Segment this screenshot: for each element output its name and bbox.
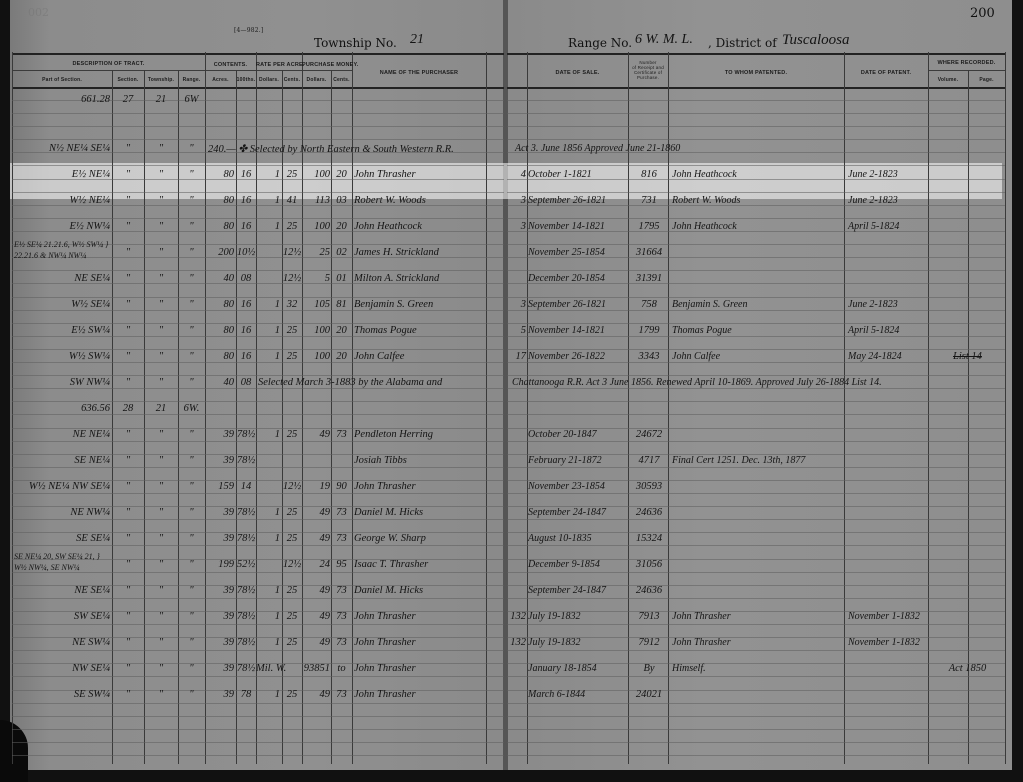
col-line [527,52,528,764]
cell-part: SE NE¼ [14,455,110,466]
cell-range: " [178,247,205,258]
cell-range: " [178,611,205,622]
header-where-recorded: WHERE RECORDED. [928,60,1005,66]
cell-date-of-sale: January 18-1854 [528,663,628,674]
cell-part: SW SE¼ [14,611,110,622]
cell-receipt: 1795 [630,221,668,232]
cell-township: 21 [144,403,178,414]
cell-range: " [178,455,205,466]
cell-section: " [112,247,144,258]
cell-acres: 39 [205,429,234,440]
ruled-line [507,755,1005,756]
cell-sale-prefix: 132 [510,637,526,648]
cell-hundredths: 16 [236,169,256,180]
ruled-line [507,676,1005,677]
cell-spanning-note-left: Selected March 3-1883 by the Alabama and [258,377,442,388]
cell-rate-d: 1 [256,533,280,544]
cell-township: " [144,247,178,258]
cell-part: E½ SE¼ 21.21.6, W½ SW¼ }22.21.6 & NW¼ NW… [14,239,114,261]
cell-rate-d: 1 [256,507,280,518]
cell-sale-prefix: 3 [510,195,526,206]
cell-sale-prefix: 17 [510,351,526,362]
cell-rate-c: 25 [282,351,302,362]
township-label: Township No. [314,36,397,50]
cell-patentee: Final Cert 1251. Dec. 13th, 1877 [672,455,842,466]
range-value: 6 W. M. L. [635,32,693,48]
cell-section: " [112,195,144,206]
range-label: Range No. [568,36,632,50]
cell-range: " [178,559,205,570]
cell-money-c: 01 [331,273,352,284]
cell-patentee: Thomas Pogue [672,325,842,336]
cell-volume: List 14 [930,351,1005,362]
cell-acres: 39 [205,663,234,674]
cell-section: 28 [112,403,144,414]
cell-range: " [178,637,205,648]
cell-section: " [112,377,144,388]
cell-name: Daniel M. Hicks [354,585,494,596]
cell-hundredths: 78½ [236,637,256,648]
ruled-line [12,388,504,389]
cell-hundredths: 78½ [236,429,256,440]
ruled-line [507,113,1005,114]
cell-receipt: 24636 [630,585,668,596]
cell-receipt: 15324 [630,533,668,544]
cell-money-d: 100 [302,351,330,362]
cell-range: 6W. [178,403,205,414]
district-value: Tuscaloosa [782,32,850,49]
cell-hundredths: 08 [236,273,256,284]
ruled-line [12,375,504,376]
cell-part: SE SE¼ [14,533,110,544]
cell-rate-c: 25 [282,325,302,336]
cell-section: " [112,143,144,154]
header-date-of-sale: DATE OF SALE. [527,70,628,76]
cell-hundredths: 16 [236,299,256,310]
cell-date-of-sale: December 9-1854 [528,559,628,570]
cell-part: W½ NE¼ NW SE¼ [14,481,110,492]
cell-volume: Act 1850 [930,663,1005,674]
cell-name: George W. Sharp [354,533,494,544]
subheader-rule-left [12,70,352,71]
cell-hundredths: 78½ [236,533,256,544]
ruled-line [507,414,1005,415]
cell-name: Thomas Pogue [354,325,494,336]
cell-rate-c: 25 [282,221,302,232]
cell-township: " [144,143,178,154]
cell-section: " [112,169,144,180]
cell-receipt: 1799 [630,325,668,336]
cell-part: E½ SW¼ [14,325,110,336]
cell-money-d: 105 [302,299,330,310]
cell-spanning-note-right: Chattanooga R.R. Act 3 June 1856. Renewe… [512,377,882,388]
ruled-line [507,388,1005,389]
cell-rate-c: 32 [282,299,302,310]
cell-rate-c: 25 [282,689,302,700]
header-bottom-rule-right [507,87,1005,89]
cell-spanning-note-right: Act 3. June 1856 Approved June 21-1860 [515,143,680,154]
cell-part: W½ SE¼ [14,299,110,310]
cell-date-of-sale: February 21-1872 [528,455,628,466]
cell-rate-c: 25 [282,507,302,518]
cell-section: " [112,429,144,440]
cell-money-d: 93851 [302,663,330,674]
col-line [205,52,206,764]
col-line [12,52,13,764]
header-top-rule-left [12,53,504,55]
header-date-of-patent: DATE OF PATENT. [844,70,928,76]
cell-name: John Thrasher [354,169,494,180]
cell-hundredths: 10½ [236,247,256,258]
cell-rate-d: 1 [256,637,280,648]
cell-section: " [112,273,144,284]
ruled-line [507,126,1005,127]
cell-part: W½ SW¼ [14,351,110,362]
ruled-line [507,336,1005,337]
cell-hundredths: 78½ [236,507,256,518]
cell-rate-c: 12½ [282,273,302,284]
ruled-line [507,192,1005,193]
cell-name: John Thrasher [354,663,494,674]
ruled-line [507,297,1005,298]
cell-money-c: 20 [331,169,352,180]
cell-money-d: 19 [302,481,330,492]
cell-part: NE SE¼ [14,273,110,284]
cell-money-d: 5 [302,273,330,284]
cell-part: W½ NE¼ [14,195,110,206]
cell-money-c: 20 [331,221,352,232]
cell-part: 636.56 [14,403,110,414]
cell-rate-d: 1 [256,299,280,310]
cell-township: " [144,637,178,648]
cell-money-d: 49 [302,585,330,596]
ruled-line [507,323,1005,324]
cell-date-of-patent: November 1-1832 [848,637,928,648]
cell-acres: 80 [205,325,234,336]
cell-name: Daniel M. Hicks [354,507,494,518]
col-line [928,52,929,764]
header-money-cents: Cents. [331,77,352,83]
ruled-line [12,362,504,363]
cell-rate-d: 1 [256,611,280,622]
header-top-rule-right [507,53,1005,55]
ruled-line [12,126,504,127]
cell-name: John Thrasher [354,481,494,492]
cell-sale-prefix: 5 [510,325,526,336]
cell-name: Isaac T. Thrasher [354,559,494,570]
cell-range: " [178,429,205,440]
ruled-line [12,297,504,298]
cell-patentee: John Thrasher [672,637,842,648]
cell-money-c: 03 [331,195,352,206]
cell-receipt: 31391 [630,273,668,284]
cell-range: " [178,377,205,388]
cell-range: " [178,195,205,206]
ruled-line [507,270,1005,271]
cell-name: Benjamin S. Green [354,299,494,310]
cell-receipt: 31664 [630,247,668,258]
cell-section: " [112,559,144,570]
cell-township: " [144,585,178,596]
cell-money-c: 02 [331,247,352,258]
col-line [256,52,257,764]
ruled-line [12,165,504,166]
cell-money-d: 24 [302,559,330,570]
cell-rate-c: 12½ [282,559,302,570]
cell-money-d: 49 [302,689,330,700]
cell-section: " [112,663,144,674]
cell-range: " [178,351,205,362]
ruled-line [507,703,1005,704]
ruled-line [507,729,1005,730]
cell-acres: 39 [205,455,234,466]
cell-township: " [144,351,178,362]
ruled-line [12,218,504,219]
cell-section: " [112,689,144,700]
cell-date-of-sale: November 26-1822 [528,351,628,362]
cell-part: E½ NW¼ [14,221,110,232]
ruled-line [507,572,1005,573]
col-line [628,52,629,764]
cell-name: Milton A. Strickland [354,273,494,284]
cell-acres: 39 [205,689,234,700]
district-label: , District of [708,36,777,50]
ruled-line [12,401,504,402]
cell-receipt: 816 [630,169,668,180]
cell-rate-c: 25 [282,533,302,544]
cell-rate-d: 1 [256,429,280,440]
cell-receipt: 4717 [630,455,668,466]
header-description-of-tract: DESCRIPTION OF TRACT. [12,61,205,67]
cell-hundredths: 78 [236,689,256,700]
page-number: 200 [970,6,995,21]
cell-patentee: John Heathcock [672,169,842,180]
cell-receipt: By [630,663,668,674]
cell-part: NW SE¼ [14,663,110,674]
ruled-line [12,755,504,756]
cell-township: " [144,429,178,440]
cell-hundredths: 78½ [236,611,256,622]
cell-date-of-patent: April 5-1824 [848,221,928,232]
header-acres: Acres. [205,77,236,83]
cell-range: 6W [178,94,205,105]
header-rate-cents: Cents. [282,77,302,83]
cell-money-c: 90 [331,481,352,492]
ruled-line [12,113,504,114]
header-rate-dollars: Dollars. [256,77,282,83]
cell-hundredths: 78½ [236,663,256,674]
ruled-line [507,139,1005,140]
ruled-line [12,270,504,271]
header-range: Range. [178,77,205,83]
cell-date-of-patent: April 5-1824 [848,325,928,336]
subheader-rule-right [928,70,1005,71]
ruled-line [507,244,1005,245]
cell-part: NE NW¼ [14,507,110,518]
cell-money-d: 49 [302,507,330,518]
header-part-of-section: Part of Section. [12,77,112,83]
ruled-line [507,310,1005,311]
cell-township: " [144,195,178,206]
cell-money-c: 95 [331,559,352,570]
cell-township: " [144,611,178,622]
cell-section: " [112,533,144,544]
ruled-line [507,742,1005,743]
cell-hundredths: 16 [236,195,256,206]
cell-part: NE SW¼ [14,637,110,648]
cell-patentee: Benjamin S. Green [672,299,842,310]
cell-money-c: to [331,663,352,674]
cell-township: 21 [144,94,178,105]
header-purchase-money: PURCHASE MONEY. [302,62,352,68]
cell-money-d: 49 [302,611,330,622]
cell-rate-d: 1 [256,325,280,336]
col-line [302,52,303,764]
cell-receipt: 3343 [630,351,668,362]
cell-rate-d: 1 [256,585,280,596]
cell-section: " [112,585,144,596]
ruled-line [507,375,1005,376]
cell-rate-c: 25 [282,429,302,440]
cell-hundredths: 78½ [236,585,256,596]
cell-money-c: 20 [331,325,352,336]
cell-patentee: Himself. [672,663,842,674]
cell-acres: 39 [205,585,234,596]
cell-township: " [144,221,178,232]
header-page: Page. [968,77,1005,83]
cell-section: " [112,351,144,362]
cell-range: " [178,221,205,232]
cell-receipt: 31056 [630,559,668,570]
cell-date-of-sale: November 23-1854 [528,481,628,492]
col-line [352,52,353,764]
cell-township: " [144,273,178,284]
cell-acres: 80 [205,299,234,310]
cell-name: Robert W. Woods [354,195,494,206]
cell-part: E½ NE¼ [14,169,110,180]
col-line [968,70,969,764]
cell-name: John Thrasher [354,611,494,622]
cell-sale-prefix: 3 [510,221,526,232]
cell-money-c: 73 [331,637,352,648]
cell-rate-d: 1 [256,195,280,206]
cell-rate-c: 41 [282,195,302,206]
ruled-line [12,598,504,599]
cell-date-of-patent: November 1-1832 [848,611,928,622]
cell-acres: 159 [205,481,234,492]
cell-receipt: 24021 [630,689,668,700]
cell-hundredths: 16 [236,221,256,232]
bleed-through-page-number: 002 [28,6,49,19]
cell-hundredths: 16 [236,325,256,336]
cell-acres: 80 [205,195,234,206]
cell-sale-prefix: 3 [510,299,526,310]
form-number: [4—982.] [234,27,263,34]
cell-date-of-sale: September 24-1847 [528,507,628,518]
cell-section: " [112,325,144,336]
ruled-line [507,716,1005,717]
cell-name: Josiah Tibbs [354,455,494,466]
cell-date-of-patent: May 24-1824 [848,351,928,362]
ruled-line [12,650,504,651]
cell-money-c: 81 [331,299,352,310]
cell-receipt: 7912 [630,637,668,648]
cell-rate-d: 1 [256,689,280,700]
header-receipt-line: Purchase. [628,75,668,80]
ruled-line [12,676,504,677]
header-section: Section. [112,77,144,83]
cell-section: 27 [112,94,144,105]
ruled-line [507,624,1005,625]
cell-acres: 40 [205,377,234,388]
cell-money-d: 100 [302,169,330,180]
cell-date-of-sale: November 14-1821 [528,325,628,336]
col-line [668,52,669,764]
cell-section: " [112,611,144,622]
cell-money-d: 100 [302,325,330,336]
cell-patentee: John Thrasher [672,611,842,622]
cell-money-d: 49 [302,533,330,544]
cell-patentee: Robert W. Woods [672,195,842,206]
header-contents: CONTENTS. [205,62,256,68]
cell-date-of-sale: November 25-1854 [528,247,628,258]
cell-rate-c: 12½ [282,481,302,492]
cell-money-d: 113 [302,195,330,206]
cell-section: " [112,221,144,232]
ruled-line [12,139,504,140]
cell-sale-prefix: 4 [510,169,526,180]
cell-part: SW NW¼ [14,377,110,388]
cell-date-of-sale: December 20-1854 [528,273,628,284]
cell-acres: 39 [205,533,234,544]
cell-money-c: 73 [331,533,352,544]
cell-range: " [178,585,205,596]
cell-hundredths: 08 [236,377,256,388]
cell-township: " [144,377,178,388]
cell-rate-c: 25 [282,611,302,622]
cell-part: NE SE¼ [14,585,110,596]
cell-section: " [112,637,144,648]
cell-receipt: 758 [630,299,668,310]
header-hundredths: 100ths. [236,77,256,83]
cell-date-of-sale: September 26-1821 [528,195,628,206]
ruled-line [12,192,504,193]
ruled-line [507,401,1005,402]
ruled-line [507,362,1005,363]
cell-acres: 199 [205,559,234,570]
cell-range: " [178,663,205,674]
cell-section: " [112,481,144,492]
cell-receipt: 7913 [630,611,668,622]
cell-township: " [144,455,178,466]
cell-money-d: 100 [302,221,330,232]
cell-date-of-sale: July 19-1832 [528,611,628,622]
cell-range: " [178,507,205,518]
cell-section: " [112,507,144,518]
ruled-line [507,441,1005,442]
cell-section: " [112,299,144,310]
cell-part: N½ NE¼ SE¼ [14,143,110,154]
cell-receipt: 24672 [630,429,668,440]
cell-range: " [178,325,205,336]
cell-date-of-sale: October 20-1847 [528,429,628,440]
cell-township: " [144,533,178,544]
ruled-line [12,310,504,311]
cell-township: " [144,689,178,700]
header-money-dollars: Dollars. [302,77,331,83]
cell-name: John Heathcock [354,221,494,232]
cell-patentee: John Heathcock [672,221,842,232]
